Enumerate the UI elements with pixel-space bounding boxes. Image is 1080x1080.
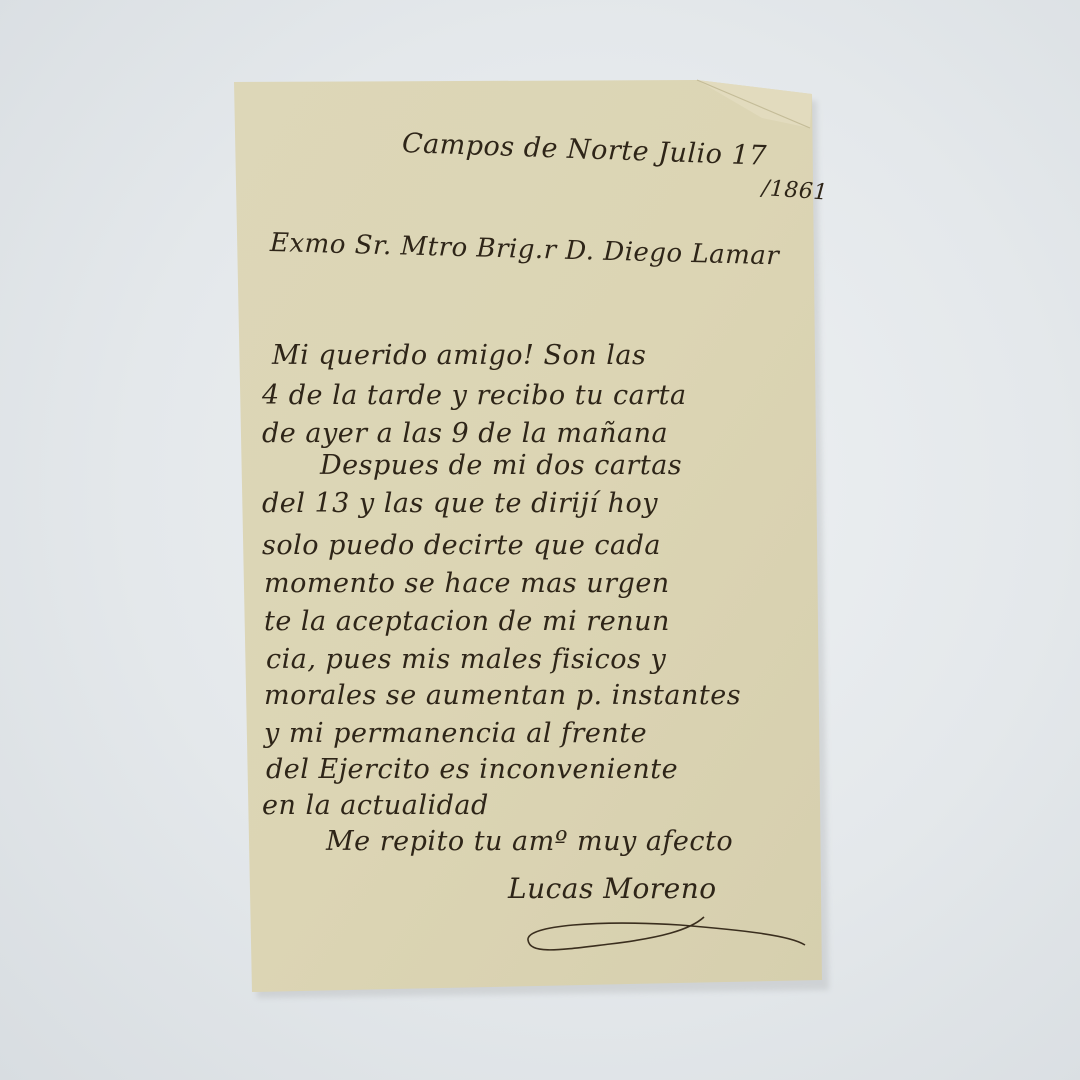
body-line: del Ejercito es inconveniente	[266, 754, 678, 785]
body-line: Mi querido amigo! Son las	[272, 340, 646, 371]
body-line: cia, pues mis males fisicos y	[266, 644, 666, 675]
body-line: Despues de mi dos cartas	[320, 450, 682, 481]
body-line: y mi permanencia al frente	[264, 718, 647, 749]
letter-sheet: Campos de Norte Julio 17 /1861 Exmo Sr. …	[0, 0, 1080, 1080]
dateline-year: /1861	[761, 176, 828, 206]
closing-line: Me repito tu amº muy afecto	[326, 826, 733, 857]
body-line: 4 de la tarde y recibo tu carta	[262, 380, 687, 411]
body-line: te la aceptacion de mi renun	[264, 606, 670, 637]
signature: Lucas Moreno	[508, 872, 717, 905]
body-line: solo puedo decirte que cada	[262, 530, 661, 561]
body-line: morales se aumentan p. instantes	[264, 680, 741, 711]
body-line: del 13 y las que te dirijí hoy	[262, 488, 658, 519]
body-line: de ayer a las 9 de la mañana	[262, 418, 668, 449]
body-line: en la actualidad	[262, 790, 489, 821]
body-line: momento se hace mas urgen	[264, 568, 670, 599]
